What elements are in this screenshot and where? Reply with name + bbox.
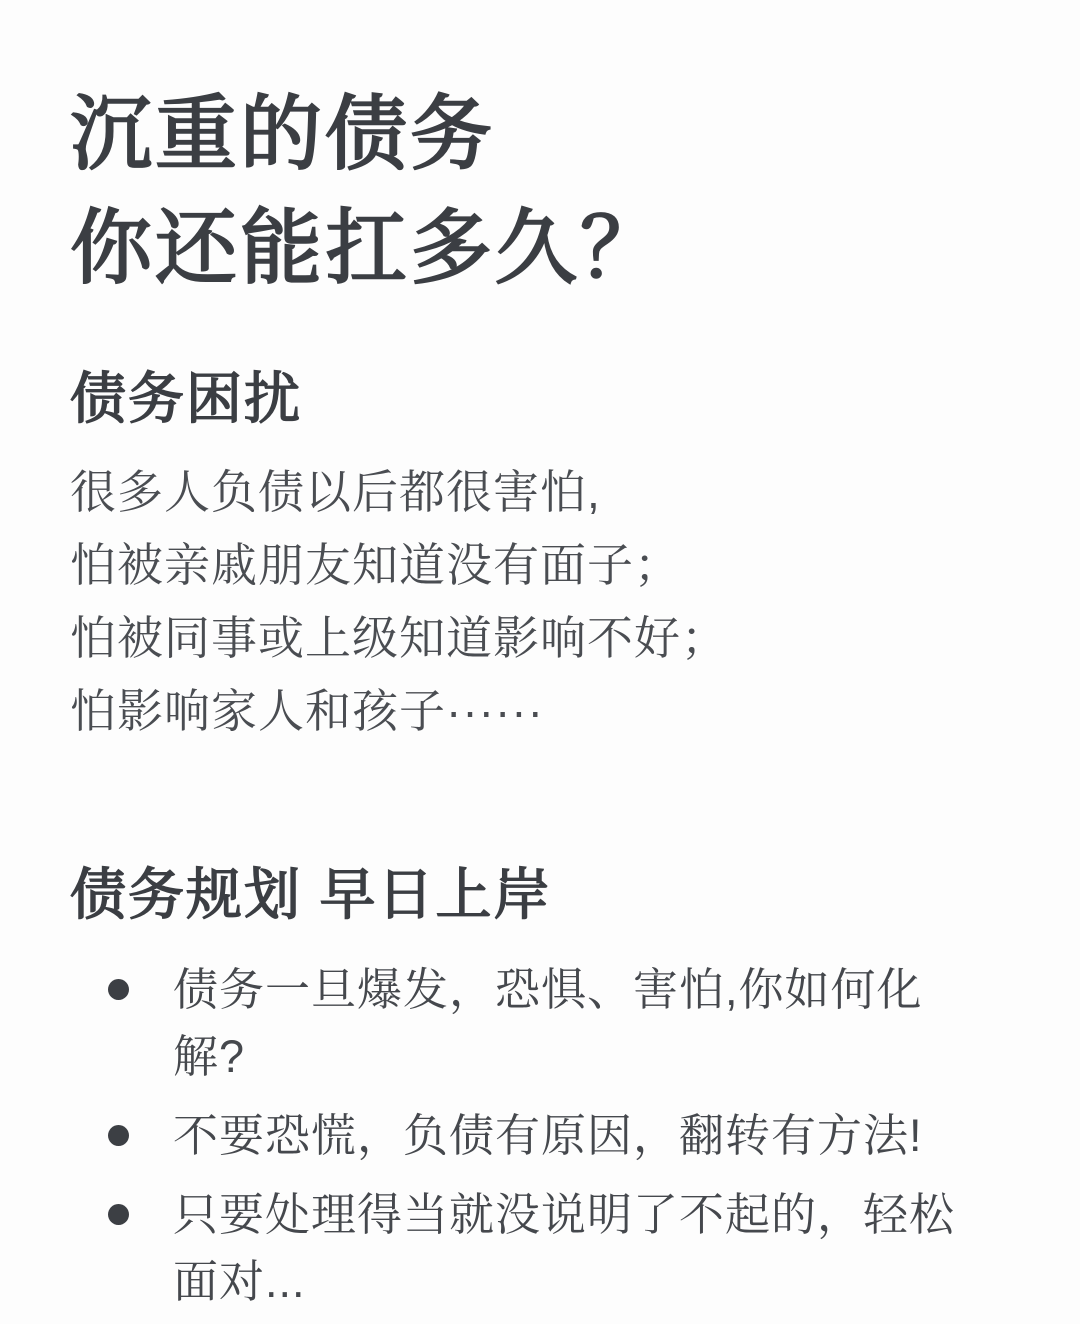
list-item: 只要处理得当就没说明了不起的，轻松 面对... xyxy=(70,1181,1010,1315)
section-heading-debt-trouble: 债务困扰 xyxy=(70,368,1010,430)
bullet-text-how-to-resolve: 债务一旦爆发，恐惧、害怕,你如何化 解? xyxy=(173,956,923,1090)
debt-planning-bullet-list: 债务一旦爆发，恐惧、害怕,你如何化 解? 不要恐慌，负债有原因，翻转有方法! 只… xyxy=(70,956,1010,1315)
debt-trouble-paragraph: 很多人负债以后都很害怕, 怕被亲戚朋友知道没有面子； 怕被同事或上级知道影响不好… xyxy=(70,456,1010,748)
bullet-text-handle-properly: 只要处理得当就没说明了不起的，轻松 面对... xyxy=(173,1181,955,1315)
section-heading-debt-planning: 债务规划 早日上岸 xyxy=(70,864,1010,926)
section-debt-trouble: 债务困扰 很多人负债以后都很害怕, 怕被亲戚朋友知道没有面子； 怕被同事或上级知… xyxy=(70,368,1010,748)
bullet-dot-icon xyxy=(108,1204,129,1225)
bullet-dot-icon xyxy=(108,979,129,1000)
debt-poster-page: 沉重的债务 你还能扛多久？ 债务困扰 很多人负债以后都很害怕, 怕被亲戚朋友知道… xyxy=(0,0,1080,1324)
list-item: 债务一旦爆发，恐惧、害怕,你如何化 解? xyxy=(70,956,1010,1090)
bullet-dot-icon xyxy=(108,1125,129,1146)
section-debt-planning: 债务规划 早日上岸 债务一旦爆发，恐惧、害怕,你如何化 解? 不要恐慌，负债有原… xyxy=(70,864,1010,1315)
page-title: 沉重的债务 你还能扛多久？ xyxy=(70,78,1010,306)
list-item: 不要恐慌，负债有原因，翻转有方法! xyxy=(70,1102,1010,1169)
bullet-text-dont-panic: 不要恐慌，负债有原因，翻转有方法! xyxy=(173,1102,923,1169)
